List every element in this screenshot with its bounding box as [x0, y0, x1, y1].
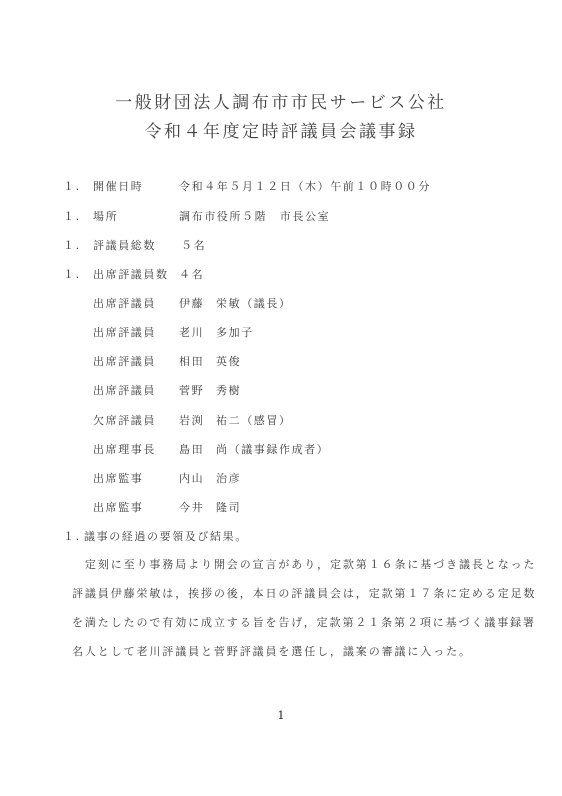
item-number: １.: [63, 528, 81, 544]
attendee-surname: 相田: [179, 353, 204, 369]
proceedings-body: 定刻に至り事務局より開会の宣言があり，定款第１６条に基づき議長となった 評議員伊…: [72, 550, 522, 666]
item-number: １.: [63, 237, 81, 253]
organization-title: 一般財団法人調布市市民サービス公社: [0, 88, 562, 113]
proceedings-line: 評議員伊藤栄敏は，挨拶の後，本日の評議員会は，定款第１７条に定める定足数: [72, 579, 522, 608]
item-number: １.: [63, 208, 81, 224]
attendee-surname: 内山: [179, 470, 204, 486]
proceedings-line: 名人として老川評議員と菅野評議員を選任し，議案の審議に入った。: [72, 637, 522, 666]
proceedings-line: 定刻に至り事務局より開会の宣言があり，定款第１６条に基づき議長となった: [72, 550, 522, 579]
page-number: 1: [0, 709, 562, 722]
item-label: 開催日時: [93, 178, 143, 194]
attendee-role: 出席評議員: [93, 353, 156, 369]
attendee-role: 出席理事長: [93, 441, 156, 457]
attendee-given-name: 英俊: [216, 353, 241, 369]
item-value: 令和４年５月１２日（木）午前１０時００分: [179, 178, 431, 194]
attendee-role: 出席評議員: [93, 324, 156, 340]
attendee-given-name: 多加子: [216, 324, 254, 340]
item-number: １.: [63, 178, 81, 194]
proceedings-heading-text: 議事の経過の要領及び結果。: [84, 528, 248, 544]
attendee-surname: 岩渕: [179, 412, 204, 428]
item-number: １.: [63, 266, 81, 282]
attendee-given-name: 栄敏（議長）: [216, 295, 292, 311]
attendee-surname: 老川: [179, 324, 204, 340]
attendee-surname: 菅野: [179, 382, 204, 398]
attendee-given-name: 秀樹: [216, 382, 241, 398]
attendee-role: 出席評議員: [93, 382, 156, 398]
attendee-surname: 今井: [179, 499, 204, 515]
attendee-role: 出席評議員: [93, 295, 156, 311]
item-label: 評議員総数: [93, 237, 156, 253]
attendee-given-name: 隆司: [216, 499, 241, 515]
item-value: 調布市役所５階 市長公室: [179, 208, 330, 224]
attendee-role: 出席監事: [93, 470, 143, 486]
item-label: 場所: [93, 208, 118, 224]
attendee-surname: 島田: [179, 441, 204, 457]
item-label: 出席評議員数: [93, 266, 169, 282]
attendee-given-name: 祐二（感冒）: [216, 412, 292, 428]
minutes-title: 令和４年度定時評議員会議事録: [0, 117, 562, 142]
attendee-given-name: 治彦: [216, 470, 241, 486]
item-value: ５名: [181, 237, 206, 253]
proceedings-line: を満たしたので有効に成立する旨を告げ，定款第２１条第２項に基づく議事録署: [72, 608, 522, 637]
attendee-role: 欠席評議員: [93, 412, 156, 428]
attendee-role: 出席監事: [93, 499, 143, 515]
item-value: ４名: [179, 266, 204, 282]
attendee-given-name: 尚（議事録作成者）: [216, 441, 329, 457]
attendee-surname: 伊藤: [179, 295, 204, 311]
